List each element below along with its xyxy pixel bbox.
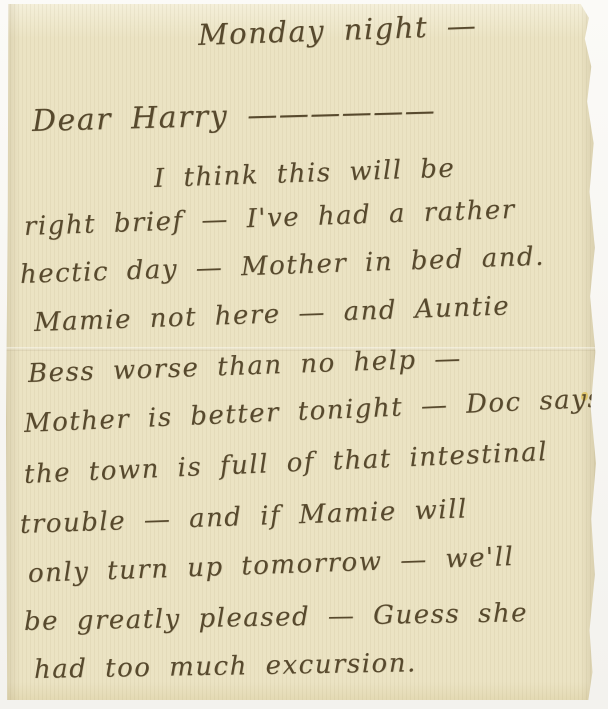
- letter-line: Mamie not here — and Auntie: [33, 291, 510, 338]
- letter-line: Mother is better tonight — Doc says: [23, 384, 602, 439]
- letter-salutation: Dear Harry ——————: [32, 93, 437, 139]
- letter-line: hectic day — Mother in bed and.: [19, 242, 545, 290]
- letter-dateline: Monday night —: [197, 8, 477, 52]
- letter-line: trouble — and if Mamie will: [19, 494, 468, 540]
- letter-line: I think this will be: [153, 153, 455, 194]
- letter-line: be greatly pleased — Guess she: [24, 598, 528, 637]
- letter-paper: Monday night — Dear Harry —————— I think…: [6, 4, 596, 700]
- letter-line: only turn up tomorrow — we'll: [27, 542, 514, 589]
- letter-line: had too much excursion.: [34, 648, 417, 685]
- letter-line: the town is full of that intestinal: [23, 437, 548, 490]
- scanned-letter-view: Monday night — Dear Harry —————— I think…: [0, 0, 608, 709]
- letter-line: right brief — I've had a rather: [23, 195, 516, 242]
